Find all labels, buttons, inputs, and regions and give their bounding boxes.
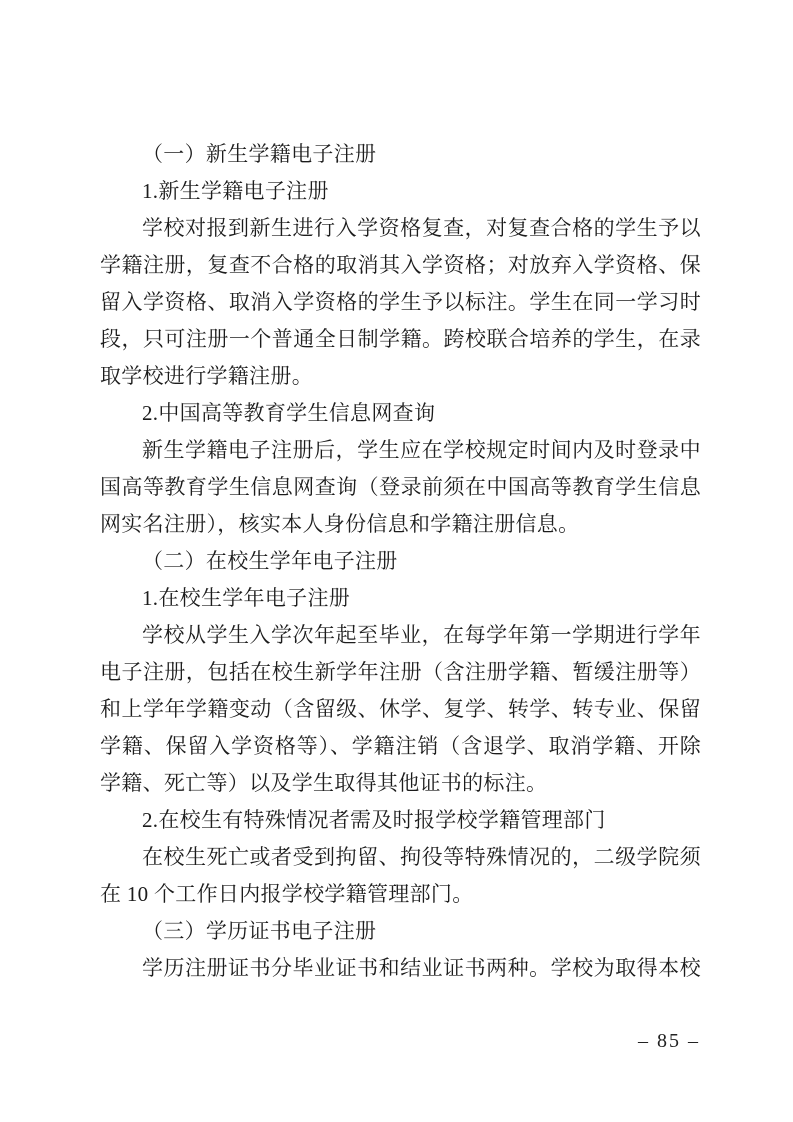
text-line: （二）在校生学年电子注册: [100, 543, 701, 580]
text-line: 学校从学生入学次年起至毕业，在每学年第一学期进行学年: [100, 617, 701, 654]
text-line: 学历注册证书分毕业证书和结业证书两种。学校为取得本校: [100, 950, 701, 987]
page-number: – 85 –: [638, 1030, 700, 1053]
text-line: 新生学籍电子注册后，学生应在学校规定时间内及时登录中: [100, 432, 701, 469]
text-line: 在校生死亡或者受到拘留、拘役等特殊情况的，二级学院须: [100, 839, 701, 876]
text-line: 2.在校生有特殊情况者需及时报学校学籍管理部门: [100, 802, 701, 839]
text-line: 国高等教育学生信息网查询（登录前须在中国高等教育学生信息: [100, 469, 701, 506]
document-body: （一）新生学籍电子注册1.新生学籍电子注册学校对报到新生进行入学资格复查，对复查…: [100, 136, 701, 987]
text-line: 1.在校生学年电子注册: [100, 580, 701, 617]
text-line: 学籍、保留入学资格等）、学籍注销（含退学、取消学籍、开除: [100, 728, 701, 765]
text-line: 和上学年学籍变动（含留级、休学、复学、转学、转专业、保留: [100, 691, 701, 728]
text-line: 1.新生学籍电子注册: [100, 173, 701, 210]
text-line: 段，只可注册一个普通全日制学籍。跨校联合培养的学生，在录: [100, 321, 701, 358]
text-line: 学籍、死亡等）以及学生取得其他证书的标注。: [100, 765, 701, 802]
text-line: 网实名注册），核实本人身份信息和学籍注册信息。: [100, 506, 701, 543]
text-line: 2.中国高等教育学生信息网查询: [100, 395, 701, 432]
text-line: 留入学资格、取消入学资格的学生予以标注。学生在同一学习时: [100, 284, 701, 321]
text-line: （三）学历证书电子注册: [100, 913, 701, 950]
document-page: （一）新生学籍电子注册1.新生学籍电子注册学校对报到新生进行入学资格复查，对复查…: [0, 0, 793, 1122]
text-line: （一）新生学籍电子注册: [100, 136, 701, 173]
text-line: 学校对报到新生进行入学资格复查，对复查合格的学生予以: [100, 210, 701, 247]
text-line: 学籍注册，复查不合格的取消其入学资格；对放弃入学资格、保: [100, 247, 701, 284]
text-line: 取学校进行学籍注册。: [100, 358, 701, 395]
text-line: 在 10 个工作日内报学校学籍管理部门。: [100, 876, 701, 913]
text-line: 电子注册，包括在校生新学年注册（含注册学籍、暂缓注册等）: [100, 654, 701, 691]
